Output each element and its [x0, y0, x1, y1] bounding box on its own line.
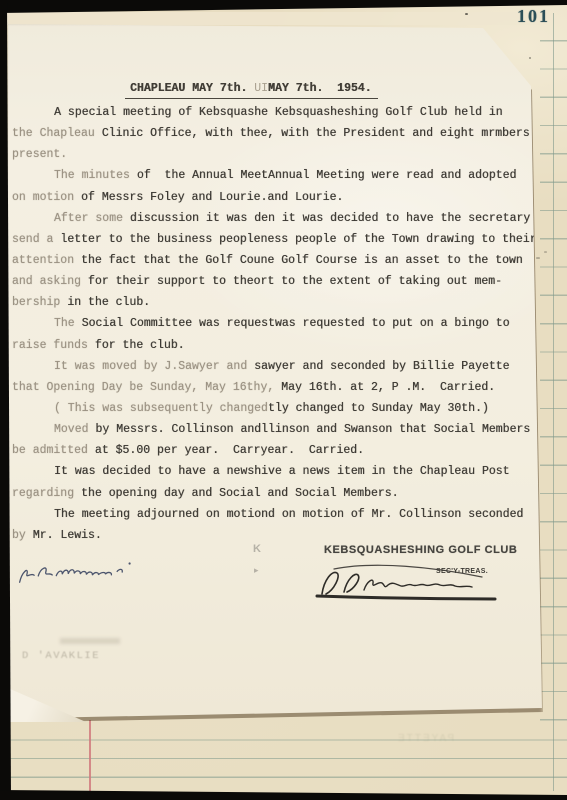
document-line: on motion of Messrs Foley and Lourie.and… — [12, 191, 540, 212]
faded-text: Moved — [54, 423, 89, 436]
scanned-minutes-page: 101 PAYETTE CHAPLEAU MAY 7th. UIMAY 7th.… — [0, 0, 567, 800]
document-line: present. — [12, 148, 540, 169]
document-line: that Opening Day be Sunday, May 16thy, M… — [12, 381, 540, 402]
mirror-imprint-left: D 'AVAKLIE — [22, 650, 100, 662]
dust-speck — [529, 57, 531, 59]
faded-text: The minutes — [54, 169, 130, 182]
typed-text: It was decided to have a newshive a news… — [54, 465, 509, 478]
typed-text: for their support to theort to the exten… — [81, 275, 502, 288]
document-body: A special meeting of Kebsquashe Kebsquas… — [12, 106, 540, 550]
typed-text: at $5.00 per year. Carryear. Carried. — [88, 444, 364, 457]
document-line: be admitted at $5.00 per year. Carryear.… — [12, 444, 540, 465]
document-line: A special meeting of Kebsquashe Kebsquas… — [12, 106, 540, 127]
typed-text: tly changed to Sunday May 30th.) — [268, 402, 489, 415]
typed-text: Mr. Lewis. — [26, 529, 102, 542]
faded-text: bership — [12, 296, 60, 309]
faded-text: be admitted — [12, 444, 88, 457]
faded-text: After some — [54, 212, 123, 225]
typed-text: The meeting adjourned on motiond on moti… — [54, 508, 523, 521]
typed-text: the opening day and Social and Social Me… — [74, 487, 398, 500]
ledger-top-band — [7, 12, 540, 25]
faded-text: by — [12, 529, 26, 542]
document-line: bership in the club. — [12, 296, 540, 317]
typed-text: sawyer and seconded by Billie Payette — [247, 360, 509, 373]
typed-text: discussion it was den it was decided to … — [123, 212, 530, 225]
dust-speck — [544, 251, 547, 253]
heading-text: MAY 7th. 1954. — [268, 82, 372, 95]
document-line: and asking for their support to theort t… — [12, 275, 540, 296]
document-line: After some discussion it was den it was … — [12, 212, 540, 233]
mirror-imprint-right: PAYETTE — [396, 733, 454, 744]
faded-text: send a — [12, 233, 53, 246]
document-line: the Chapleau Clinic Office, with thee, w… — [12, 127, 540, 148]
faded-text: ( This was subsequently changed — [54, 402, 268, 415]
typed-text: for the club. — [88, 339, 185, 352]
faded-text: regarding — [12, 487, 74, 500]
document-line: attention the fact that the Golf Coune G… — [12, 254, 540, 275]
secretary-signature — [314, 550, 506, 606]
secretary-title: SEC'Y-TREAS. — [436, 568, 488, 575]
typed-text: the fact that the Golf Coune Golf Course… — [74, 254, 523, 267]
document-line: The meeting adjourned on motiond on moti… — [12, 508, 540, 529]
document-line: ( This was subsequently changedtly chang… — [12, 402, 540, 423]
document-line: raise funds for the club. — [12, 339, 540, 360]
typed-text: Clinic Office, with thee, with the Presi… — [95, 127, 530, 140]
document-line: send a letter to the business peopleness… — [12, 233, 540, 254]
heading-text: CHAPLEAU MAY 7th. — [130, 82, 254, 95]
typed-text: of Messrs Foley and Lourie.and Lourie. — [74, 191, 343, 204]
document-line: The Social Committee was requestwas requ… — [12, 317, 540, 338]
typed-text: May 16th. at 2, P .M. Carried. — [274, 381, 495, 394]
faded-text: attention — [12, 254, 74, 267]
typed-text: of the Annual MeetAnnual Meeting were re… — [130, 169, 516, 182]
red-margin-line — [89, 720, 91, 792]
page-number: 101 — [517, 6, 563, 27]
handwritten-signature — [13, 549, 147, 592]
heading-ghost-text: UI — [254, 82, 268, 95]
pasted-minutes-sheet: CHAPLEAU MAY 7th. UIMAY 7th. 1954. A spe… — [8, 22, 542, 720]
faded-text: and asking — [12, 275, 81, 288]
ledger-vertical-line — [553, 13, 554, 791]
faded-text: the Chapleau — [12, 127, 95, 140]
ghost-stamp-mark: ▸ — [254, 565, 259, 576]
typed-text: letter to the business peopleness people… — [53, 233, 536, 246]
document-line: It was decided to have a newshive a news… — [12, 465, 540, 486]
document-line: It was moved by J.Sawyer and sawyer and … — [12, 360, 540, 381]
mirror-imprint-smudge — [60, 638, 120, 644]
document-line: Moved by Messrs. Collinson andllinson an… — [12, 423, 540, 444]
typed-text: Social Committee was requestwas requeste… — [75, 317, 510, 330]
typed-text: by Messrs. Collinson andllinson and Swan… — [89, 423, 531, 436]
typed-text: A special meeting of Kebsquashe Kebsquas… — [54, 106, 503, 119]
dust-speck — [465, 13, 468, 15]
faded-text: It was moved by J.Sawyer and — [54, 360, 247, 373]
faded-text: The — [54, 317, 75, 330]
ruled-lines-bottom — [7, 722, 567, 792]
faded-text: raise funds — [12, 339, 88, 352]
document-line: The minutes of the Annual MeetAnnual Mee… — [12, 169, 540, 190]
minutes-heading: CHAPLEAU MAY 7th. UIMAY 7th. 1954. — [125, 82, 378, 99]
faded-text: present. — [12, 148, 67, 161]
faded-text: on motion — [12, 191, 74, 204]
document-line: regarding the opening day and Social and… — [12, 487, 540, 508]
typed-text: in the club. — [60, 296, 150, 309]
dust-speck — [536, 257, 540, 259]
faded-text: that Opening Day be Sunday, May 16thy, — [12, 381, 274, 394]
document-line: by Mr. Lewis. — [12, 529, 540, 550]
